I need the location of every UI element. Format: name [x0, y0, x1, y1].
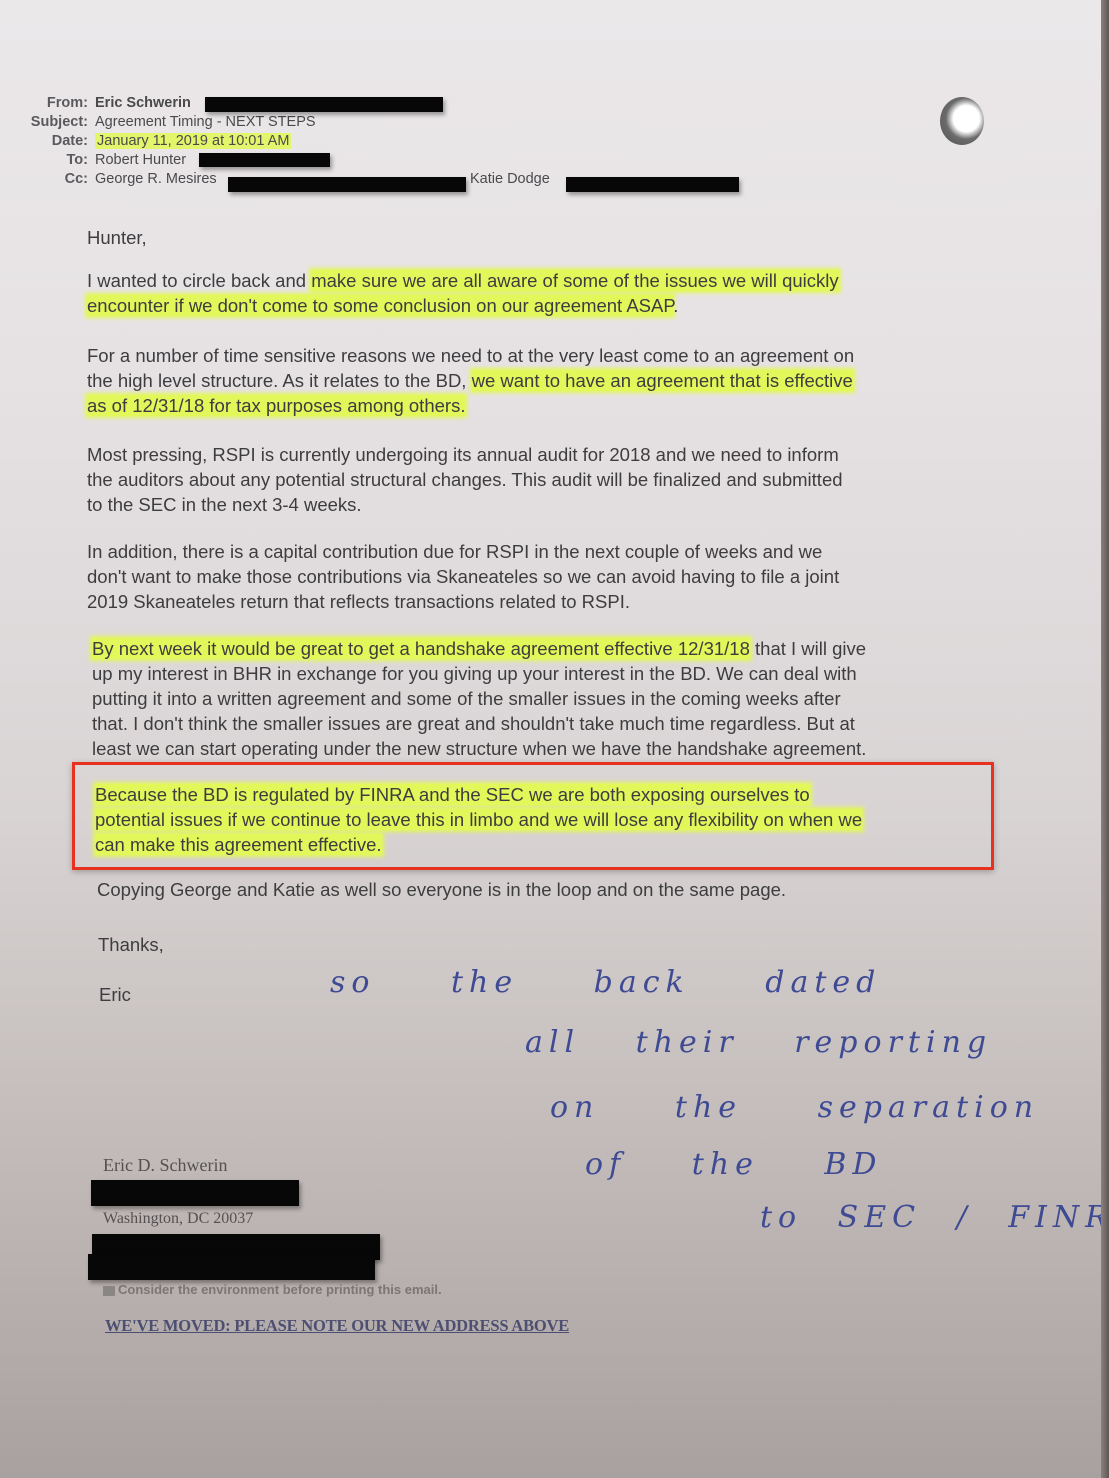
redaction-bar: [228, 177, 466, 192]
paragraph-5: By next week it would be great to get a …: [92, 636, 1012, 761]
highlighted-text: we want to have an agreement that is eff…: [472, 370, 853, 391]
paragraph-4: In addition, there is a capital contribu…: [87, 539, 1007, 614]
from-value: Eric Schwerin: [95, 95, 191, 111]
closing: Thanks,: [98, 932, 1018, 957]
subject-label: Subject:: [31, 114, 88, 130]
date-label: Date:: [52, 133, 88, 149]
redaction-bar: [88, 1254, 375, 1280]
paragraph-1: I wanted to circle back and make sure we…: [87, 268, 1007, 318]
date-value: January 11, 2019 at 10:01 AM: [95, 133, 291, 149]
highlighted-text: By next week it would be great to get a …: [92, 638, 750, 659]
highlighted-text: encounter if we don't come to some concl…: [87, 295, 673, 316]
handwritten-line: all their reporting: [525, 1025, 992, 1060]
redaction-bar: [566, 177, 739, 192]
to-label: To:: [67, 152, 88, 168]
signature-name: Eric D. Schwerin: [103, 1155, 227, 1176]
moved-notice-link[interactable]: WE'VE MOVED: PLEASE NOTE OUR NEW ADDRESS…: [105, 1316, 569, 1336]
paragraph-7: Copying George and Katie as well so ever…: [97, 877, 1017, 902]
greeting: Hunter,: [87, 225, 1007, 250]
paragraph-2: For a number of time sensitive reasons w…: [87, 343, 1007, 418]
cc-value-1: George R. Mesires: [95, 171, 217, 187]
highlighted-text: as of 12/31/18 for tax purposes among ot…: [87, 395, 465, 416]
eagle-avatar-icon: [940, 97, 984, 145]
printer-icon: [103, 1286, 115, 1296]
subject-value: Agreement Timing - NEXT STEPS: [95, 114, 316, 130]
paragraph-3: Most pressing, RSPI is currently undergo…: [87, 442, 1007, 517]
to-value: Robert Hunter: [95, 152, 186, 168]
handwritten-line: of the BD: [585, 1147, 882, 1182]
from-label: From:: [47, 95, 88, 111]
printed-email-page: From: Eric Schwerin Subject: Agreement T…: [0, 0, 1101, 1478]
cc-value-2: Katie Dodge: [470, 171, 550, 187]
annotation-box: [72, 762, 994, 870]
environment-notice: Consider the environment before printing…: [103, 1282, 442, 1297]
signature-city: Washington, DC 20037: [103, 1210, 253, 1228]
page-edge-background: [1101, 0, 1109, 1478]
cc-label: Cc:: [65, 171, 88, 187]
redaction-bar: [205, 97, 443, 112]
redaction-bar: [199, 153, 330, 167]
redaction-bar: [91, 1180, 299, 1206]
handwritten-line: so the back dated: [330, 965, 881, 1000]
highlighted-text: make sure we are all aware of some of th…: [311, 270, 838, 291]
handwritten-line: to SEC / FINRA?: [760, 1200, 1109, 1235]
handwritten-line: on the separation: [550, 1090, 1039, 1125]
